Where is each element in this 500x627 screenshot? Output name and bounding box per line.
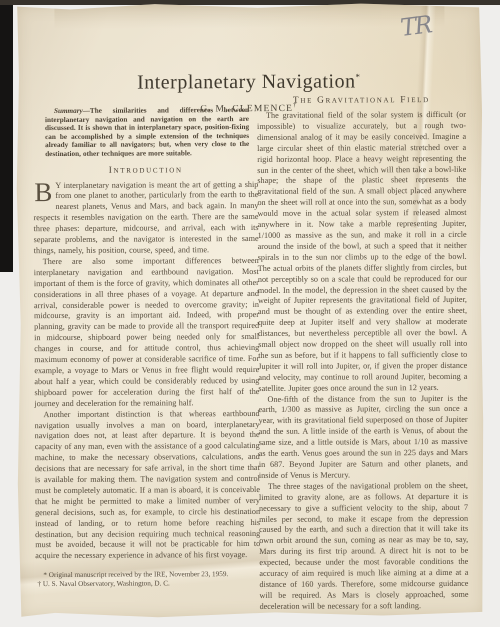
intro-paragraph-1-text: Y interplanetary navigation is meant the… bbox=[33, 180, 258, 256]
gravitational-paragraph-2: One-fifth of the distance from the sun t… bbox=[258, 393, 467, 481]
footnotes-block: * Original manuscript received by the IR… bbox=[37, 570, 261, 589]
gravitational-paragraph-3: The three stages of the navigational pro… bbox=[259, 481, 469, 613]
paper-sheet: TR Interplanetary Navigation* G. M. CLEM… bbox=[14, 2, 485, 619]
gravitational-paragraph-1: The gravitational field of the solar sys… bbox=[257, 110, 467, 395]
right-column: The Gravitational Field The gravitationa… bbox=[257, 95, 469, 613]
scanner-edge-strip-left bbox=[0, 0, 13, 272]
page-title: Interplanetary Navigation* bbox=[15, 70, 483, 95]
handwritten-mark: TR bbox=[399, 10, 432, 42]
section-heading-gravitational-field: The Gravitational Field bbox=[257, 95, 466, 106]
paper-wrinkle-top bbox=[54, 3, 444, 35]
left-column: Summary—The similarities and differences… bbox=[33, 103, 260, 562]
scanner-edge-strip-top bbox=[0, 0, 500, 5]
section-heading-introduction: Introduction bbox=[33, 165, 258, 176]
footnote-author-affiliation: † U. S. Naval Observatory, Washington, D… bbox=[37, 579, 261, 589]
page-title-text: Interplanetary Navigation bbox=[137, 70, 356, 93]
footnote-manuscript-received: * Original manuscript received by the IR… bbox=[37, 570, 261, 580]
title-footnote-symbol: * bbox=[356, 72, 361, 82]
scanned-document: TR Interplanetary Navigation* G. M. CLEM… bbox=[0, 0, 500, 627]
intro-paragraph-2: There are also some important difference… bbox=[34, 256, 260, 410]
summary-label: Summary bbox=[54, 107, 83, 115]
summary-block: Summary—The similarities and differences… bbox=[45, 106, 249, 159]
intro-paragraph-1: BY interplanetary navigation is meant th… bbox=[33, 180, 258, 258]
dropcap-letter: B bbox=[33, 181, 55, 203]
intro-paragraph-3: Another important distinction is that wh… bbox=[35, 409, 261, 563]
